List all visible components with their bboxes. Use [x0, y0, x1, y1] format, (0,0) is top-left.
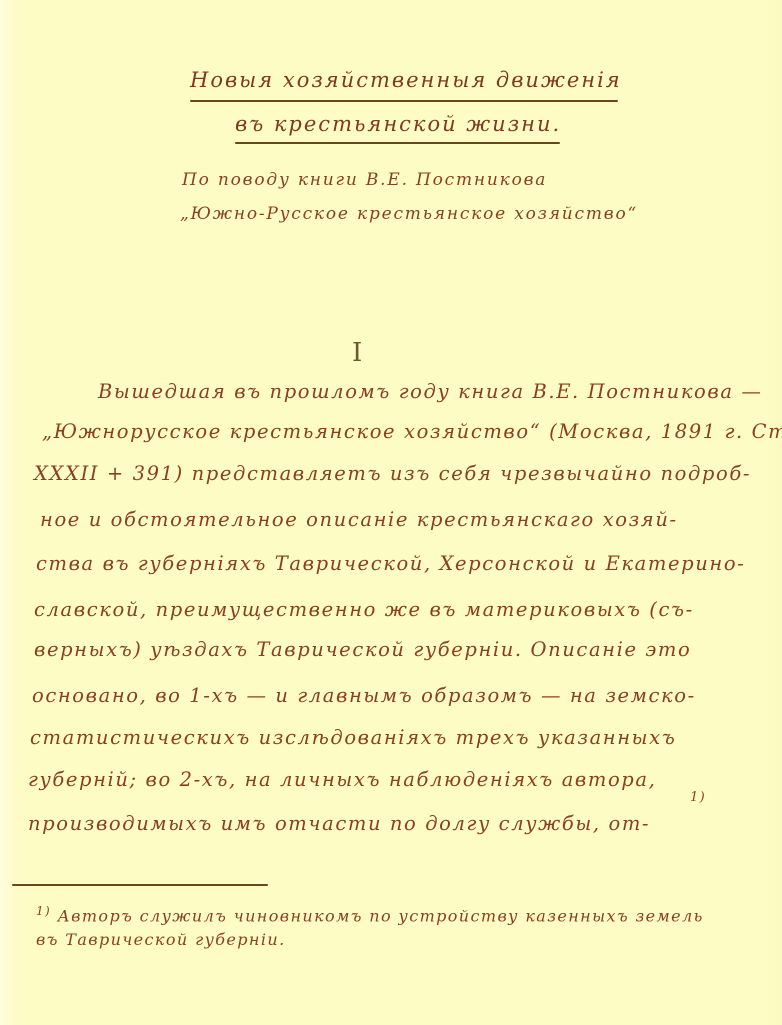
title-underline-1 [190, 100, 618, 102]
body-line: „Южнорусское крестьянское хозяйство“ (Мо… [42, 420, 782, 443]
title-line-1: Новыя хозяйственныя движенія [190, 68, 618, 92]
footnote-line-1: 1) Авторъ служилъ чиновникомъ по устройс… [36, 904, 704, 925]
body-line: Вышедшая въ прошломъ году книга В.Е. Пос… [98, 380, 762, 403]
section-number: I [352, 338, 362, 368]
body-line: верныхъ) уѣздахъ Таврической губерніи. О… [34, 638, 691, 661]
body-line: XXXII + 391) представляетъ изъ себя чрез… [34, 462, 751, 485]
footnote-reference-marker: 1) [690, 790, 706, 805]
footnote-text-1: Авторъ служилъ чиновникомъ по устройству… [58, 906, 704, 925]
footnote-separator [12, 884, 268, 886]
manuscript-page: Новыя хозяйственныя движенія въ крестьян… [0, 0, 782, 1025]
body-line: статистическихъ изслѣдованіяхъ трехъ ука… [30, 726, 676, 749]
title-underline-2 [235, 142, 560, 144]
title-line-2: въ крестьянской жизни. [235, 112, 560, 136]
subtitle-line-2: „Южно-Русское крестьянское хозяйство“ [180, 204, 638, 224]
body-line: ства въ губерніяхъ Таврической, Херсонск… [36, 552, 745, 575]
footnote-line-2: въ Таврической губерніи. [36, 930, 286, 949]
body-line: основано, во 1-хъ — и главнымъ образомъ … [32, 684, 696, 707]
body-line: славской, преимущественно же въ материко… [34, 598, 694, 621]
body-line: губерній; во 2-хъ, на личныхъ наблюденія… [28, 768, 656, 791]
footnote-marker: 1) [36, 904, 51, 918]
body-line: ное и обстоятельное описаніе крестьянска… [40, 508, 678, 531]
body-line: производимыхъ имъ отчасти по долгу служб… [28, 812, 650, 835]
subtitle-line-1: По поводу книги В.Е. Постникова [182, 170, 547, 190]
